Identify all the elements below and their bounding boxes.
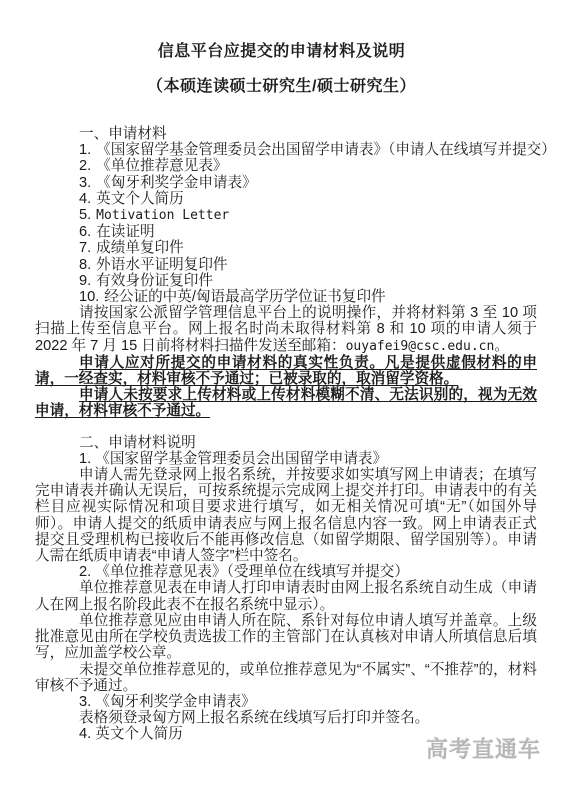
material-list-item: 2.《单位推荐意见表》 [35, 158, 537, 174]
note-3-paragraph: 表格须登录匈方网上报名系统在线填写后打印并签名。 [35, 710, 537, 726]
material-list-item: 9.有效身份证复印件 [35, 273, 537, 289]
invalid-upload-warning-paragraph: 申请人未按要求上传材料或上传材料模糊不清、无法识别的，视为无效申请，材料审核不予… [35, 387, 537, 419]
material-list-item: 10.经公证的中英/匈语最高学历学位证书复印件 [35, 289, 537, 305]
material-list-item: 3.《匈牙利奖学金申请表》 [35, 175, 537, 191]
note-2-paragraph-2: 单位推荐意见应由申请人所在院、系针对每位申请人填写并盖章。上级批准意见由所在学校… [35, 613, 537, 662]
item-text: 有效身份证复印件 [96, 273, 213, 289]
document-title-block: 信息平台应提交的申请材料及说明 （本硕连读硕士研究生/硕士研究生） [0, 0, 563, 97]
upload-instructions-paragraph: 请按国家公派留学管理信息平台上的说明操作，并将材料第 3 至 10 项扫描上传至… [35, 305, 537, 355]
note-2-paragraph-3: 未提交单位推荐意见的，或单位推荐意见为“不属实”、“不推荐”的，材料审核不予通过… [35, 662, 537, 694]
material-list-item: 6.在读证明 [35, 224, 537, 240]
note-2-heading: 2. 《单位推荐意见表》（受理单位在线填写并提交） [35, 564, 537, 580]
page-title-line2: （本硕连读硕士研究生/硕士研究生） [0, 77, 563, 97]
item-text: 经公证的中英/匈语最高学历学位证书复印件 [104, 289, 385, 305]
note-1-paragraph: 申请人需先登录网上报名系统，并按要求如实填写网上申请表；在填写完申请表并确认无误… [35, 467, 537, 564]
item-text: 《匈牙利奖学金申请表》 [96, 175, 257, 191]
item-number: 3. [79, 175, 91, 191]
note-1-heading: 1. 《国家留学基金管理委员会出国留学申请表》 [35, 451, 537, 467]
item-text: 《国家留学基金管理委员会出国留学申请表》（申请人在线填写并提交） [96, 142, 556, 158]
item-number: 4. [79, 191, 91, 207]
item-number: 10. [79, 289, 99, 305]
item-number: 8. [79, 257, 91, 273]
page-title-line1: 信息平台应提交的申请材料及说明 [0, 42, 563, 62]
item-number: 5. [79, 207, 91, 223]
item-number: 7. [79, 240, 91, 256]
item-text: 英文个人简历 [96, 191, 184, 207]
material-list-item: 7.成绩单复印件 [35, 240, 537, 256]
item-text: 在读证明 [96, 224, 154, 240]
section-one-heading: 一、申请材料 [35, 126, 537, 142]
item-text: Motivation Letter [96, 208, 229, 223]
material-list: 1.《国家留学基金管理委员会出国留学申请表》（申请人在线填写并提交） 2.《单位… [35, 142, 537, 305]
item-number: 6. [79, 224, 91, 240]
item-text: 成绩单复印件 [96, 240, 184, 256]
material-list-item: 4.英文个人简历 [35, 191, 537, 207]
item-number: 9. [79, 273, 91, 289]
item-text: 《单位推荐意见表》 [96, 158, 227, 174]
note-2-paragraph-1: 单位推荐意见表在申请人打印申请表时由网上报名系统自动生成（申请人在网上报名阶段此… [35, 580, 537, 612]
material-list-item: 1.《国家留学基金管理委员会出国留学申请表》（申请人在线填写并提交） [35, 142, 537, 158]
document-body: 一、申请材料 1.《国家留学基金管理委员会出国留学申请表》（申请人在线填写并提交… [0, 97, 563, 743]
email-address: ouyafei9@csc.edu.cn [346, 339, 495, 354]
item-number: 2. [79, 158, 91, 174]
material-list-item: 8.外语水平证明复印件 [35, 257, 537, 273]
document-page: 信息平台应提交的申请材料及说明 （本硕连读硕士研究生/硕士研究生） 一、申请材料… [0, 0, 563, 790]
note-3-heading: 3. 《匈牙利奖学金申请表》 [35, 694, 537, 710]
authenticity-warning-paragraph: 申请人应对所提交的申请材料的真实性负责。凡是提供虚假材料的申请，一经查实，材料审… [35, 355, 537, 387]
item-number: 1. [79, 142, 91, 158]
item-text: 外语水平证明复印件 [96, 257, 227, 273]
section-two-heading: 二、申请材料说明 [35, 435, 537, 451]
material-list-item: 5.Motivation Letter [35, 207, 537, 224]
watermark: 高考直通车 [426, 733, 541, 764]
upload-instructions-period: 。 [494, 338, 509, 354]
